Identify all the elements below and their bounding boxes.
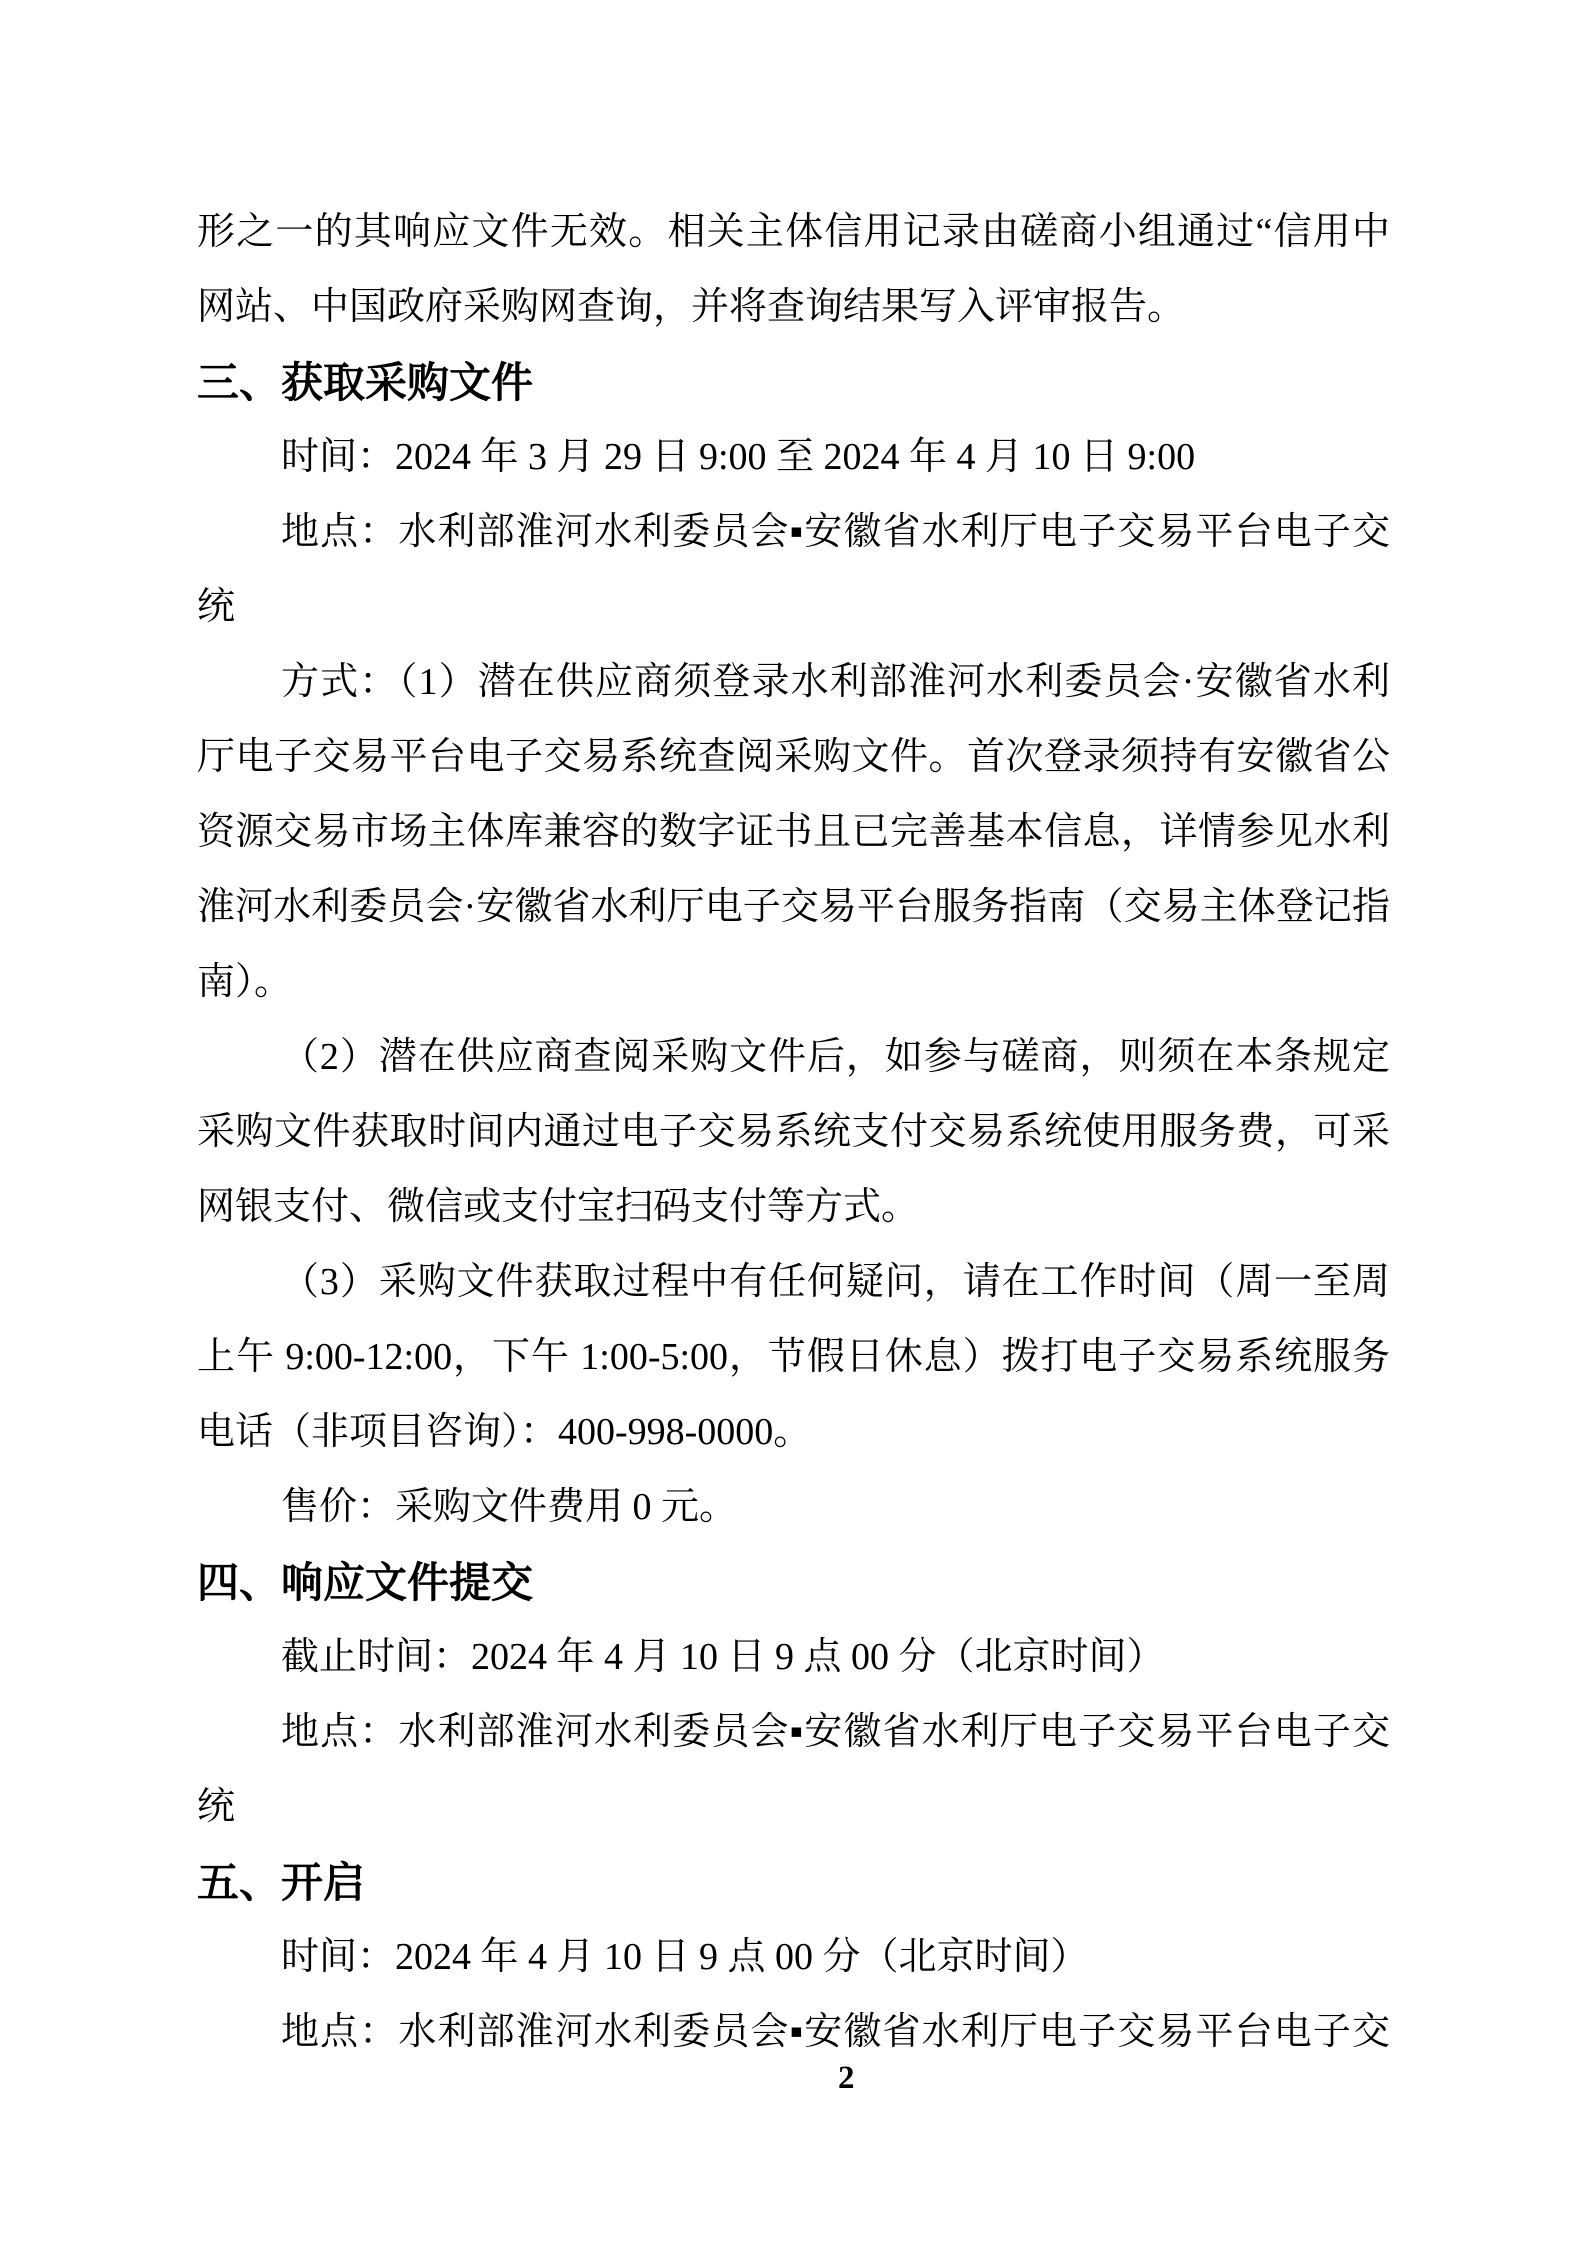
- section-heading: 五、开启: [197, 1845, 1390, 1920]
- text-line: 售价：采购文件费用 0 元。: [197, 1470, 1390, 1545]
- text-line: 淮河水利委员会·安徽省水利厅电子交易平台服务指南（交易主体登记指: [197, 870, 1390, 945]
- text-line: 电话（非项目咨询）：400-998-0000。: [197, 1395, 1390, 1470]
- text-line: 截止时间：2024 年 4 月 10 日 9 点 00 分（北京时间）: [197, 1620, 1390, 1695]
- text-line: 南）。: [197, 945, 1390, 1020]
- document-content: 形之一的其响应文件无效。相关主体信用记录由磋商小组通过“信用中国” 网站、中国政…: [197, 195, 1390, 2070]
- text-line: 地点：水利部淮河水利委员会▪安徽省水利厅电子交易平台电子交易系: [197, 495, 1390, 570]
- text-line: 形之一的其响应文件无效。相关主体信用记录由磋商小组通过“信用中国”: [197, 195, 1390, 270]
- page-number: 2: [838, 2058, 855, 2098]
- text-line: 地点：水利部淮河水利委员会▪安徽省水利厅电子交易平台电子交易系: [197, 1695, 1390, 1770]
- text-line: （3）采购文件获取过程中有任何疑问，请在工作时间（周一至周五，: [197, 1245, 1390, 1320]
- text-line: 网站、中国政府采购网查询，并将查询结果写入评审报告。: [197, 270, 1390, 345]
- section-heading: 四、响应文件提交: [197, 1545, 1390, 1620]
- text-line: 统: [197, 570, 1390, 645]
- text-line: 厅电子交易平台电子交易系统查阅采购文件。首次登录须持有安徽省公共: [197, 720, 1390, 795]
- text-line: 上午 9:00-12:00，下午 1:00-5:00，节假日休息）拨打电子交易系…: [197, 1320, 1390, 1395]
- text-line: 统: [197, 1770, 1390, 1845]
- text-line: 地点：水利部淮河水利委员会▪安徽省水利厅电子交易平台电子交易系: [197, 1995, 1390, 2070]
- text-line: 网银支付、微信或支付宝扫码支付等方式。: [197, 1170, 1390, 1245]
- section-heading: 三、获取采购文件: [197, 345, 1390, 420]
- text-line: （2）潜在供应商查阅采购文件后，如参与磋商，则须在本条规定的: [197, 1020, 1390, 1095]
- text-line: 资源交易市场主体库兼容的数字证书且已完善基本信息，详情参见水利部: [197, 795, 1390, 870]
- text-line: 方式：（1）潜在供应商须登录水利部淮河水利委员会·安徽省水利: [197, 645, 1390, 720]
- text-line: 采购文件获取时间内通过电子交易系统支付交易系统使用服务费，可采用: [197, 1095, 1390, 1170]
- text-line: 时间：2024 年 3 月 29 日 9:00 至 2024 年 4 月 10 …: [197, 420, 1390, 495]
- text-line: 时间：2024 年 4 月 10 日 9 点 00 分（北京时间）: [197, 1920, 1390, 1995]
- document-page: 形之一的其响应文件无效。相关主体信用记录由磋商小组通过“信用中国” 网站、中国政…: [0, 0, 1587, 2245]
